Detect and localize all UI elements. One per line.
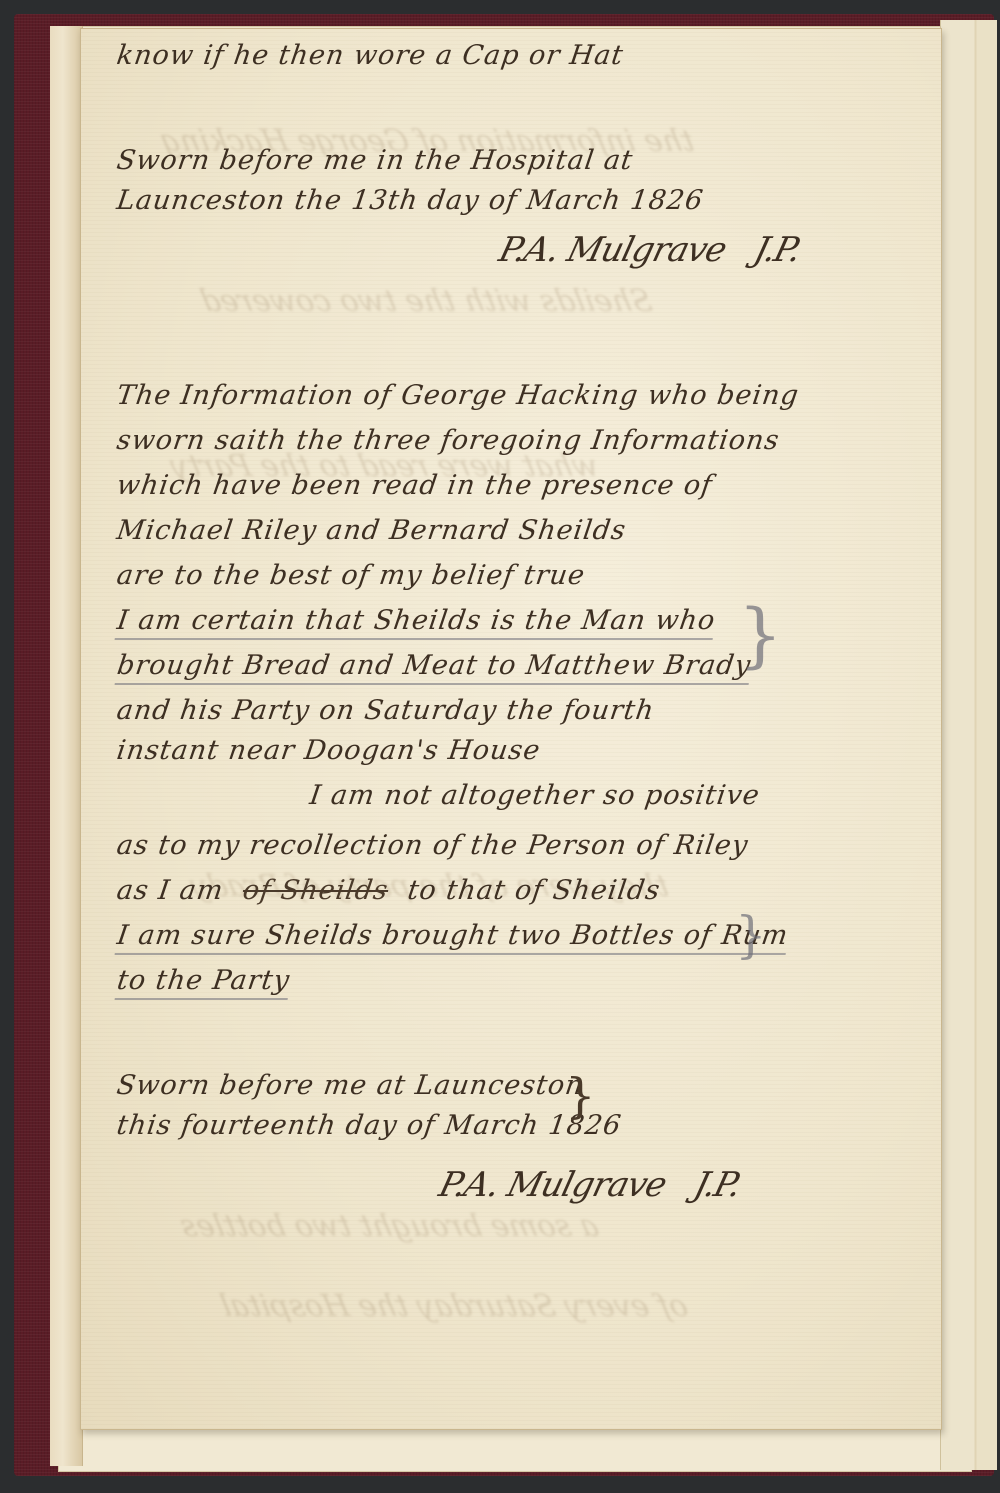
text-line: I am not altogether so positive bbox=[308, 780, 762, 811]
underlined-text-line: to the Party bbox=[115, 965, 292, 1000]
text-line: which have been read in the presence of bbox=[115, 470, 715, 501]
page-stub bbox=[50, 26, 83, 1466]
text-line: sworn saith the three foregoing Informat… bbox=[115, 425, 782, 456]
underlined-text-line: I am certain that Sheilds is the Man who bbox=[115, 605, 718, 640]
text-line: know if he then wore a Cap or Hat bbox=[115, 40, 626, 71]
underlined-text-line: brought Bread and Meat to Matthew Brady bbox=[115, 650, 754, 685]
signature-title: J.P. bbox=[750, 230, 805, 270]
text-line: as I am of Sheilds to that of Sheilds bbox=[115, 875, 663, 906]
text-line: are to the best of my belief true bbox=[115, 560, 587, 591]
ink-brace: } bbox=[565, 1072, 596, 1120]
signature-name: P.A. Mulgrave bbox=[435, 1165, 670, 1205]
text-line: instant near Doogan's House bbox=[115, 735, 543, 766]
text-fragment: as I am bbox=[115, 875, 226, 906]
bleed-through: of every Saturday the Hospital bbox=[217, 1289, 691, 1324]
pencil-margin-brace: } bbox=[738, 600, 783, 670]
facing-page-edges bbox=[940, 20, 997, 1470]
text-line: The Information of George Hacking who be… bbox=[115, 380, 801, 411]
bleed-through: Sheilds with the two cowered bbox=[197, 284, 655, 319]
text-line: as to my recollection of the Person of R… bbox=[115, 830, 751, 861]
text-line: Michael Riley and Bernard Sheilds bbox=[115, 515, 628, 546]
signature: P.A. Mulgrave J.P. bbox=[495, 230, 805, 270]
signature: P.A. Mulgrave J.P. bbox=[435, 1165, 745, 1205]
text-line: and his Party on Saturday the fourth bbox=[115, 695, 657, 726]
pencil-margin-brace: } bbox=[735, 910, 767, 960]
signature-title: J.P. bbox=[690, 1165, 745, 1205]
bleed-through: a some brought two bottles bbox=[177, 1209, 602, 1244]
signature-name: P.A. Mulgrave bbox=[495, 230, 730, 270]
struck-text: of Sheilds bbox=[241, 875, 390, 906]
jurat-line: Launceston the 13th day of March 1826 bbox=[115, 185, 706, 216]
underlined-text-line: I am sure Sheilds brought two Bottles of… bbox=[115, 920, 791, 955]
text-fragment: to that of Sheilds bbox=[406, 875, 663, 906]
jurat-line: Sworn before me in the Hospital at bbox=[115, 145, 635, 176]
jurat-line: this fourteenth day of March 1826 bbox=[115, 1110, 624, 1141]
jurat-line: Sworn before me at Launceston bbox=[115, 1070, 586, 1101]
